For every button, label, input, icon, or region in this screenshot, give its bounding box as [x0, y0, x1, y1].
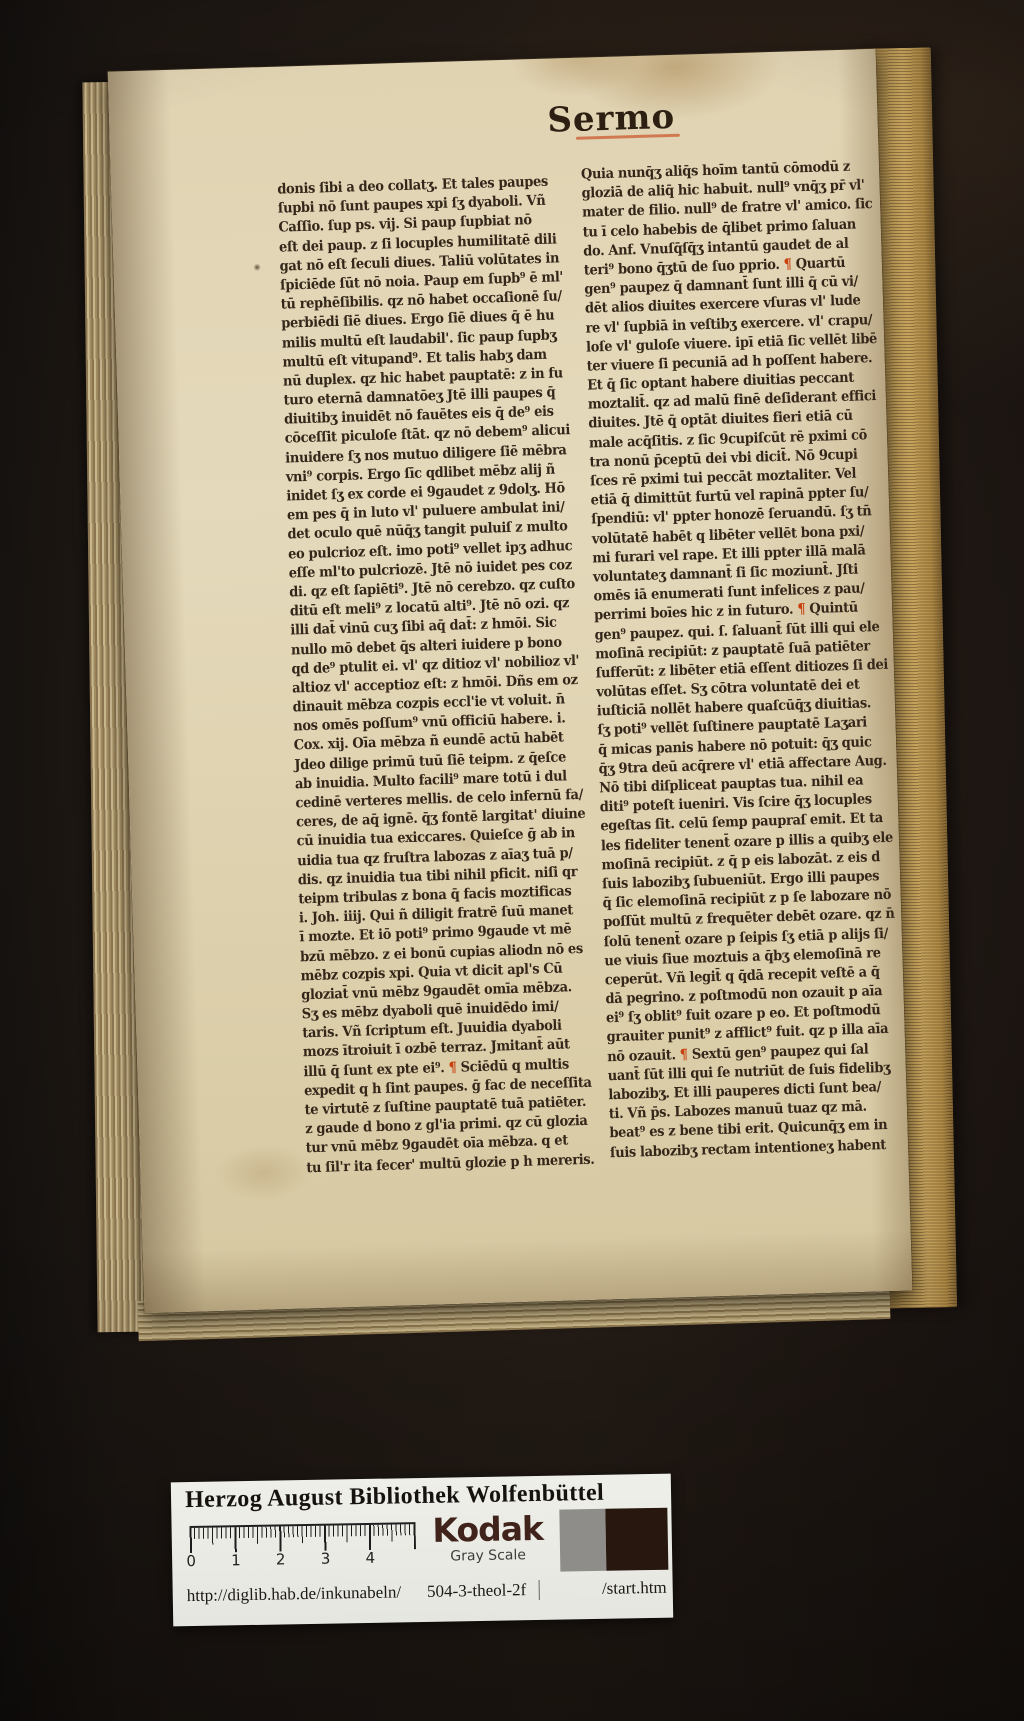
ruler-number: 4	[365, 1549, 375, 1567]
library-label-card: Herzog August Bibliothek Wolfenbüttel 01…	[171, 1474, 673, 1627]
shelfmark: 504-3-theol-2f	[427, 1580, 539, 1602]
photograph-background: Sermo donis ſibi a deo collatʒ. Et tales…	[0, 0, 1024, 1721]
ruler-numbers: 01234	[190, 1548, 416, 1570]
digitization-url: http://diglib.hab.de/inkunabeln/	[187, 1582, 402, 1606]
gray-scale-patch	[559, 1509, 606, 1572]
kodak-logo: Kodak	[419, 1512, 556, 1548]
ruler-number: 2	[276, 1550, 286, 1568]
start-link: /start.htm	[602, 1578, 667, 1599]
label-url-row: http://diglib.hab.de/inkunabeln/ 504-3-t…	[187, 1578, 669, 1606]
ink-speck	[253, 263, 260, 271]
rubric-pilcrow: ¶	[797, 602, 805, 618]
book-page: Sermo donis ſibi a deo collatʒ. Et tales…	[108, 49, 913, 1313]
ruler-number: 1	[231, 1551, 241, 1569]
dark-scale-patch	[605, 1508, 668, 1571]
rubric-pilcrow: ¶	[680, 1047, 688, 1063]
ruler-number: 0	[186, 1552, 196, 1570]
ruler-scale: 01234	[190, 1522, 417, 1570]
ruler-number: 3	[321, 1550, 331, 1568]
running-title: Sermo	[547, 97, 676, 141]
rubric-pilcrow: ¶	[783, 256, 791, 272]
text-column-right: Quia nunq̄ʒ aliq̄s hoīm tantū cōmodū zgl…	[581, 156, 927, 1163]
rubric-pilcrow: ¶	[448, 1059, 456, 1075]
kodak-gray-scale-card: Kodak Gray Scale	[419, 1512, 556, 1565]
text-column-left: donis ſibi a deo collatʒ. Et tales paupe…	[277, 171, 623, 1178]
